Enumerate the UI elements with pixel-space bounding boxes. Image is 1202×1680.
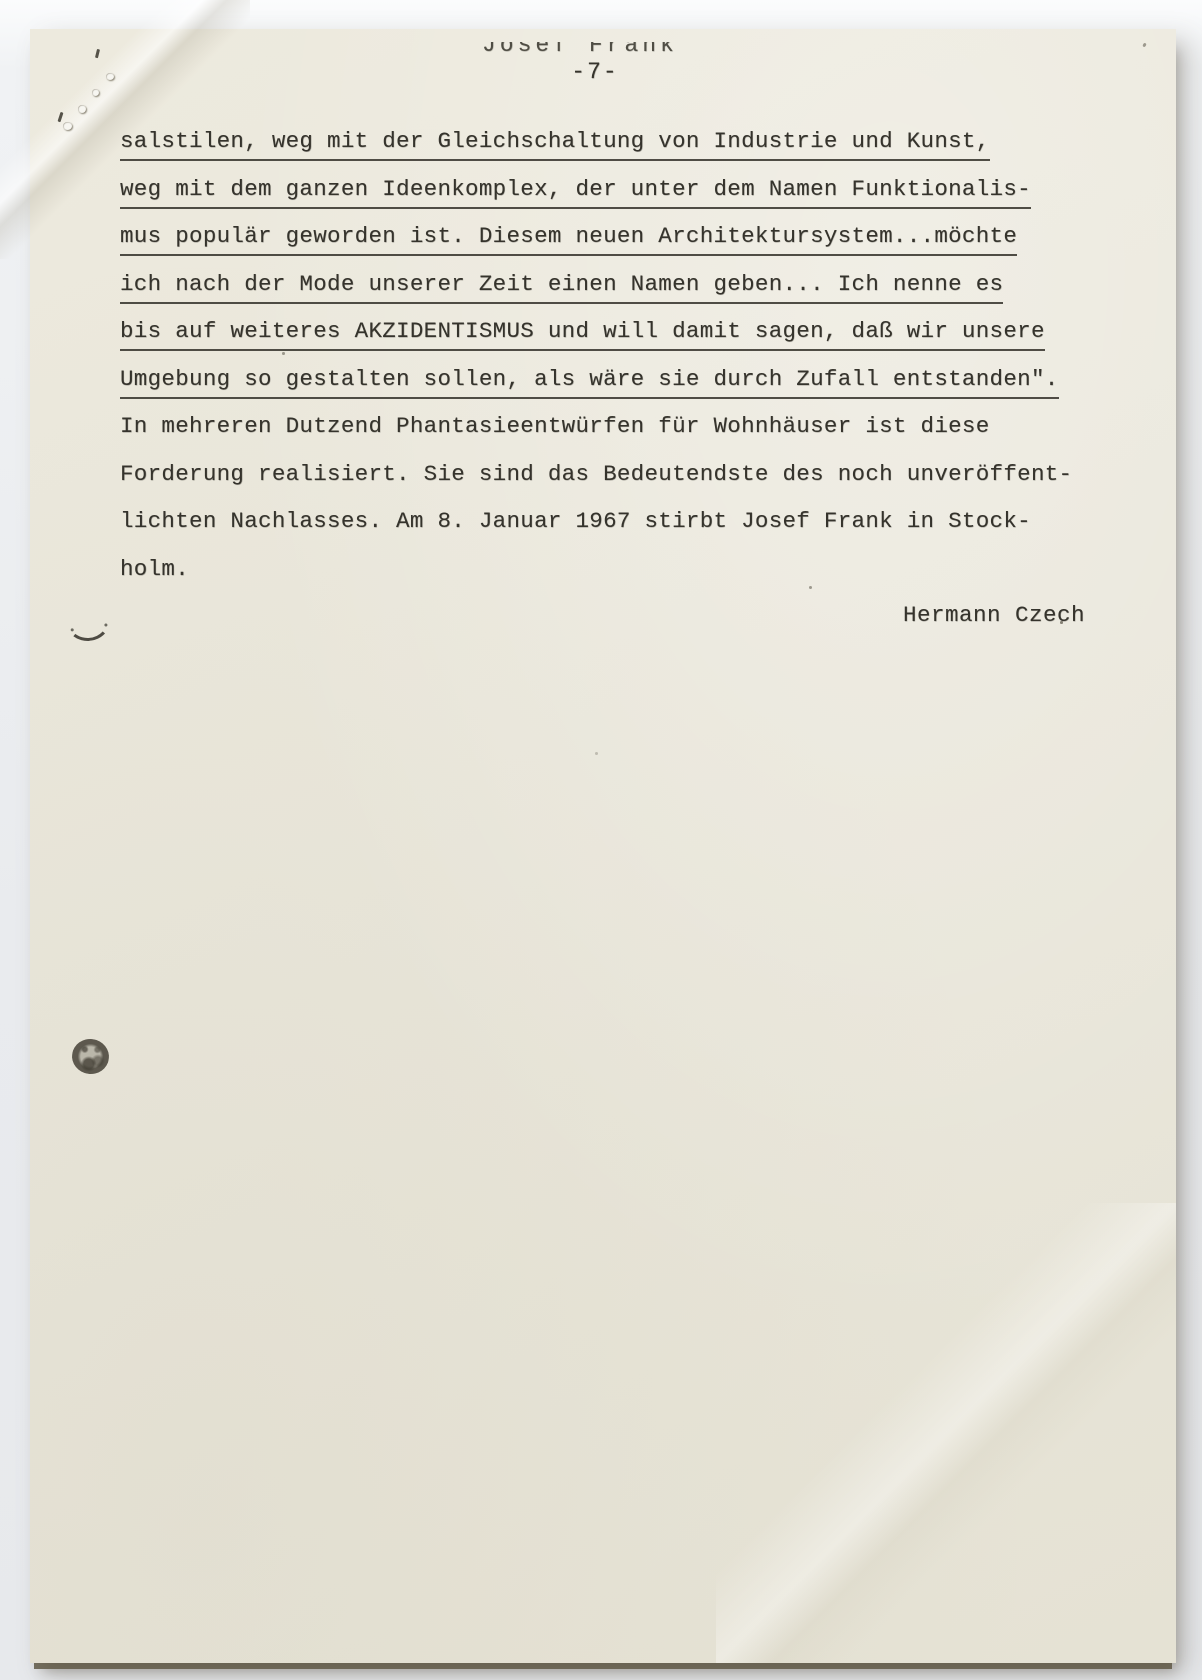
clipped-header: Josef Frank: [482, 42, 782, 59]
staple-hole: [78, 105, 86, 113]
staple-hole: [63, 122, 72, 130]
dust-speck: [1142, 43, 1147, 48]
typed-paragraph: salstilen, weg mit der Gleichschaltung v…: [120, 118, 1072, 593]
paper-sheen-bottom-right: [716, 1203, 1176, 1663]
page-number: -7-: [22, 59, 1168, 85]
dust-speck: [282, 352, 285, 355]
typed-line: In mehreren Dutzend Phantasieentwürfen f…: [120, 403, 1072, 451]
typed-line-text: lichten Nachlasses. Am 8. Januar 1967 st…: [120, 508, 1031, 534]
typed-line: lichten Nachlasses. Am 8. Januar 1967 st…: [120, 498, 1072, 546]
ink-speck: [95, 49, 100, 58]
dust-speck: [595, 752, 598, 755]
signature: Hermann Czech: [903, 602, 1085, 628]
clipped-header-text: Josef Frank: [482, 42, 782, 58]
typed-line-text: Umgebung so gestalten sollen, als wäre s…: [120, 366, 1059, 399]
typed-line-text: holm.: [120, 556, 189, 582]
typed-line-text: weg mit dem ganzen Ideenkomplex, der unt…: [120, 176, 1031, 209]
typed-line: mus populär geworden ist. Diesem neuen A…: [120, 213, 1072, 261]
staple-hole: [106, 73, 114, 80]
typed-line: Forderung realisiert. Sie sind das Bedeu…: [120, 451, 1072, 499]
typed-line-text: salstilen, weg mit der Gleichschaltung v…: [120, 128, 990, 161]
typed-line: bis auf weiteres AKZIDENTISMUS und will …: [120, 308, 1072, 356]
dust-speck: [1060, 621, 1063, 624]
typescript-page: Josef Frank -7- salstilen, weg mit der G…: [30, 29, 1176, 1663]
scan-background: { "page": { "background_color": "#e9ebee…: [0, 0, 1202, 1680]
typed-line-text: mus populär geworden ist. Diesem neuen A…: [120, 223, 1017, 256]
typed-line: Umgebung so gestalten sollen, als wäre s…: [120, 356, 1072, 404]
typed-line: ich nach der Mode unserer Zeit einen Nam…: [120, 261, 1072, 309]
pencil-arc-mark: [64, 599, 111, 643]
typed-line-text: ich nach der Mode unserer Zeit einen Nam…: [120, 271, 1003, 304]
dust-speck: [809, 586, 812, 589]
ink-stamp-mark: [70, 1037, 112, 1077]
typed-line-text: bis auf weiteres AKZIDENTISMUS und will …: [120, 318, 1045, 351]
typed-line-text: Forderung realisiert. Sie sind das Bedeu…: [120, 461, 1072, 487]
ink-speck: [58, 112, 63, 122]
typed-line: holm.: [120, 546, 1072, 594]
typed-line-text: In mehreren Dutzend Phantasieentwürfen f…: [120, 413, 990, 439]
typed-line: weg mit dem ganzen Ideenkomplex, der unt…: [120, 166, 1072, 214]
staple-hole: [92, 89, 99, 96]
typed-line: salstilen, weg mit der Gleichschaltung v…: [120, 118, 1072, 166]
